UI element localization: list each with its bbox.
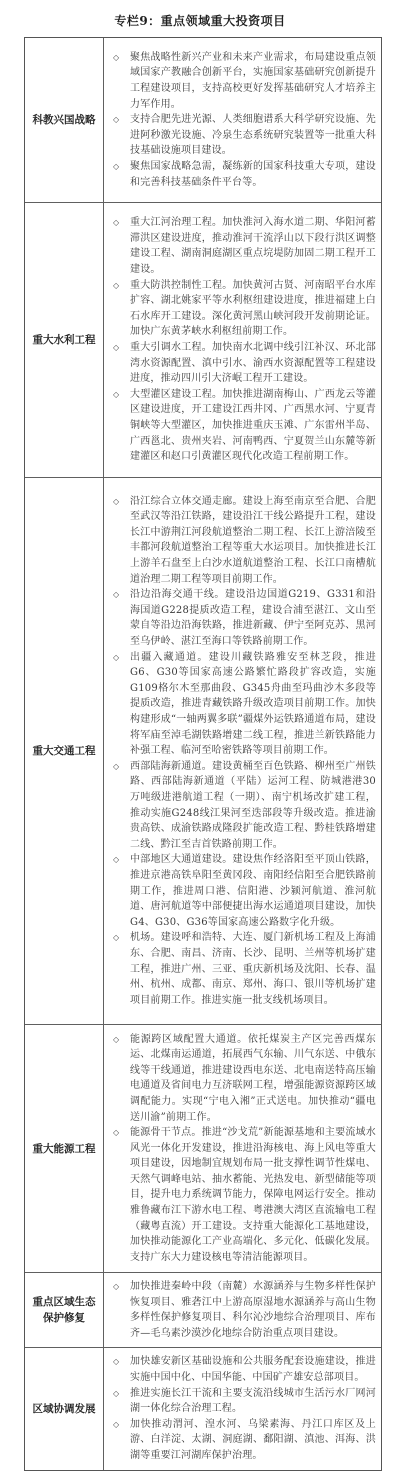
section-label: 重大能源工程	[25, 1025, 104, 1272]
bullet-item-text: 中部地区大通道建设。建设焦作经洛阳至平顶山铁路，推进京港高铁阜阳至黄冈段、南阳经…	[130, 852, 376, 930]
bullet-item-text: 聚焦国家战略急需，凝练新的国家科技重大专项，建设和完善科技基础条件平台等。	[130, 159, 376, 190]
table-row: 重大能源工程 ◇ 能源跨区域配置大通道。依托煤炭主产区完善西煤东运、北煤南运通道…	[25, 1025, 381, 1273]
bullet-item: ◇ 沿边沿海交通干线。建设沿边国道G219、G331和沿海国道G228提质改造工…	[111, 587, 376, 649]
bullet-item-text: 重大引调水工程。加快南水北调中线引江补汉、环北部湾水资源配置、滇中引水、渝西水资…	[130, 340, 376, 387]
bullet-item: ◇ 重大防洪控制性工程。加快黄河古贤、河南昭平台水库扩容、湖北姚家平等水利枢纽建…	[111, 278, 376, 340]
bullet-item: ◇ 重大引调水工程。加快南水北调中线引江补汉、环北部湾水资源配置、滇中引水、渝西…	[111, 340, 376, 387]
bullet-item: ◇ 中部地区大通道建设。建设焦作经洛阳至平顶山铁路，推进京港高铁阜阳至黄冈段、南…	[111, 852, 376, 930]
bullet-item-text: 沿江综合立体交通走廊。建设上海至南京至合肥、合肥至武汉等沿江铁路，建设沿江干线公…	[130, 494, 376, 588]
bullet-item: ◇ 沿江综合立体交通走廊。建设上海至南京至合肥、合肥至武汉等沿江铁路，建设沿江干…	[111, 494, 376, 588]
bullet-item: ◇ 重大江河治理工程。加快淮河入海水道二期、华阳河蓄滞洪区建设进度，推动淮河干流…	[111, 215, 376, 277]
bullet-item-text: 重大江河治理工程。加快淮河入海水道二期、华阳河蓄滞洪区建设进度，推动淮河干流浮山…	[130, 215, 376, 277]
diamond-bullet-icon: ◇	[111, 1125, 130, 1141]
bullet-item: ◇ 加快推动渭河、湟水河、乌梁素海、丹江口库区及上游、白洋淀、太湖、洞庭湖、鄱阳…	[111, 1417, 376, 1464]
diamond-bullet-icon: ◇	[111, 759, 130, 775]
bullet-item-text: 出疆入藏通道。建设川藏铁路雅安至林芝段，推进G6、G30等国家高速公路繁忙路段扩…	[130, 650, 376, 759]
bullet-item-text: 能源跨区域配置大通道。依托煤炭主产区完善西煤东运、北煤南运通道，拓展西气东输、川…	[130, 1032, 376, 1126]
section-label: 科教兴国战略	[25, 38, 104, 202]
bullet-item: ◇ 聚焦国家战略急需，凝练新的国家科技重大专项，建设和完善科技基础条件平台等。	[111, 159, 376, 190]
diamond-bullet-icon: ◇	[111, 112, 130, 128]
bullet-item-text: 大型灌区建设工程。加快推进湖南梅山、广西龙云等灌区建设进度，开工建设江西井冈、广…	[130, 387, 376, 465]
bullet-item-text: 支持合肥先进光源、人类细胞谱系大科学研究设施、先进阿秒激光设施、冷泉生态系统研究…	[130, 112, 376, 159]
diamond-bullet-icon: ◇	[111, 1279, 130, 1295]
bullet-item: ◇ 推进实施长江干流和主要支流沿线城市生活污水厂网河湖一体化综合治理工程。	[111, 1386, 376, 1417]
bullet-item-text: 加快推动渭河、湟水河、乌梁素海、丹江口库区及上游、白洋淀、太湖、洞庭湖、鄱阳湖、…	[130, 1417, 376, 1464]
bullet-item: ◇ 能源骨干节点。推进“沙戈荒”新能源基地和主要流域水风光一体化开发建设，推进沿…	[111, 1125, 376, 1265]
diamond-bullet-icon: ◇	[111, 159, 130, 175]
diamond-bullet-icon: ◇	[111, 387, 130, 403]
bullet-item-text: 重大防洪控制性工程。加快黄河古贤、河南昭平台水库扩容、湖北姚家平等水利枢纽建设进…	[130, 278, 376, 340]
diamond-bullet-icon: ◇	[111, 587, 130, 603]
bullet-list: ◇ 加快推进秦岭中段（南麓）水源涵养与生物多样性保护恢复项目、雅砻江中上游高原湿…	[104, 1273, 381, 1347]
table-row: 重大水利工程 ◇ 重大江河治理工程。加快淮河入海水道二期、华阳河蓄滞洪区建设进度…	[25, 203, 381, 478]
table-row: 重大交通工程 ◇ 沿江综合立体交通走廊。建设上海至南京至合肥、合肥至武汉等沿江铁…	[25, 478, 381, 1025]
bullet-item-text: 沿边沿海交通干线。建设沿边国道G219、G331和沿海国道G228提质改造工程，…	[130, 587, 376, 649]
diamond-bullet-icon: ◇	[111, 340, 130, 356]
table-row: 科教兴国战略 ◇ 聚焦战略性新兴产业和未来产业需求，布局建设重点领域国家产教融合…	[25, 38, 381, 203]
diamond-bullet-icon: ◇	[111, 650, 130, 666]
bullet-item-text: 能源骨干节点。推进“沙戈荒”新能源基地和主要流域水风光一体化开发建设，推进沿海核…	[130, 1125, 376, 1265]
bullet-item: ◇ 聚焦战略性新兴产业和未来产业需求，布局建设重点领域国家产教融合创新平台，实施…	[111, 50, 376, 112]
bullet-item-text: 加快雄安新区基础设施和公共服务配套设施建设，推进实施中国中化、中国华能、中国矿产…	[130, 1354, 376, 1385]
diamond-bullet-icon: ◇	[111, 215, 130, 231]
table-row: 重点区域生态保护修复 ◇ 加快推进秦岭中段（南麓）水源涵养与生物多样性保护恢复项…	[25, 1273, 381, 1348]
section-label: 重点区域生态保护修复	[25, 1273, 104, 1347]
bullet-list: ◇ 沿江综合立体交通走廊。建设上海至南京至合肥、合肥至武汉等沿江铁路，建设沿江干…	[104, 478, 381, 1024]
bullet-list: ◇ 重大江河治理工程。加快淮河入海水道二期、华阳河蓄滞洪区建设进度，推动淮河干流…	[104, 203, 381, 477]
table-row: 区域协调发展 ◇ 加快雄安新区基础设施和公共服务配套设施建设，推进实施中国中化、…	[25, 1348, 381, 1469]
diamond-bullet-icon: ◇	[111, 1386, 130, 1402]
bullet-item: ◇ 出疆入藏通道。建设川藏铁路雅安至林芝段，推进G6、G30等国家高速公路繁忙路…	[111, 650, 376, 759]
diamond-bullet-icon: ◇	[111, 852, 130, 868]
bullet-item: ◇ 西部陆海新通道。建设黄桶至百色铁路、柳州至广州铁路、西部陆海新通道（平陆）运…	[111, 759, 376, 853]
diamond-bullet-icon: ◇	[111, 494, 130, 510]
bullet-list: ◇ 加快雄安新区基础设施和公共服务配套设施建设，推进实施中国中化、中国华能、中国…	[104, 1348, 381, 1469]
bullet-item: ◇ 加快推进秦岭中段（南麓）水源涵养与生物多样性保护恢复项目、雅砻江中上游高原湿…	[111, 1279, 376, 1341]
diamond-bullet-icon: ◇	[111, 1354, 130, 1370]
section-label: 区域协调发展	[25, 1348, 104, 1469]
bullet-item-text: 西部陆海新通道。建设黄桶至百色铁路、柳州至广州铁路、西部陆海新通道（平陆）运河工…	[130, 759, 376, 853]
diamond-bullet-icon: ◇	[111, 278, 130, 294]
bullet-item-text: 聚焦战略性新兴产业和未来产业需求，布局建设重点领域国家产教融合创新平台，实施国家…	[130, 50, 376, 112]
diamond-bullet-icon: ◇	[111, 930, 130, 946]
bullet-item: ◇ 大型灌区建设工程。加快推进湖南梅山、广西龙云等灌区建设进度，开工建设江西井冈…	[111, 387, 376, 465]
section-label: 重大水利工程	[25, 203, 104, 477]
bullet-item: ◇ 能源跨区域配置大通道。依托煤炭主产区完善西煤东运、北煤南运通道，拓展西气东输…	[111, 1032, 376, 1126]
bullet-item-text: 加快推进秦岭中段（南麓）水源涵养与生物多样性保护恢复项目、雅砻江中上游高原湿地水…	[130, 1279, 376, 1341]
section-label: 重大交通工程	[25, 478, 104, 1024]
diamond-bullet-icon: ◇	[111, 1417, 130, 1433]
bullet-item: ◇ 加快雄安新区基础设施和公共服务配套设施建设，推进实施中国中化、中国华能、中国…	[111, 1354, 376, 1385]
investment-table: 科教兴国战略 ◇ 聚焦战略性新兴产业和未来产业需求，布局建设重点领域国家产教融合…	[24, 37, 382, 1471]
bullet-item-text: 机场。建设呼和浩特、大连、厦门新机场工程及上海浦东、合肥、南昌、济南、长沙、昆明…	[130, 930, 376, 1008]
diamond-bullet-icon: ◇	[111, 50, 130, 66]
bullet-list: ◇ 聚焦战略性新兴产业和未来产业需求，布局建设重点领域国家产教融合创新平台，实施…	[104, 38, 381, 202]
bullet-list: ◇ 能源跨区域配置大通道。依托煤炭主产区完善西煤东运、北煤南运通道，拓展西气东输…	[104, 1025, 381, 1272]
bullet-item: ◇ 机场。建设呼和浩特、大连、厦门新机场工程及上海浦东、合肥、南昌、济南、长沙、…	[111, 930, 376, 1008]
page-title: 专栏9：重点领域重大投资项目	[0, 12, 400, 29]
bullet-item: ◇ 支持合肥先进光源、人类细胞谱系大科学研究设施、先进阿秒激光设施、冷泉生态系统…	[111, 112, 376, 159]
bullet-item-text: 推进实施长江干流和主要支流沿线城市生活污水厂网河湖一体化综合治理工程。	[130, 1386, 376, 1417]
diamond-bullet-icon: ◇	[111, 1032, 130, 1048]
